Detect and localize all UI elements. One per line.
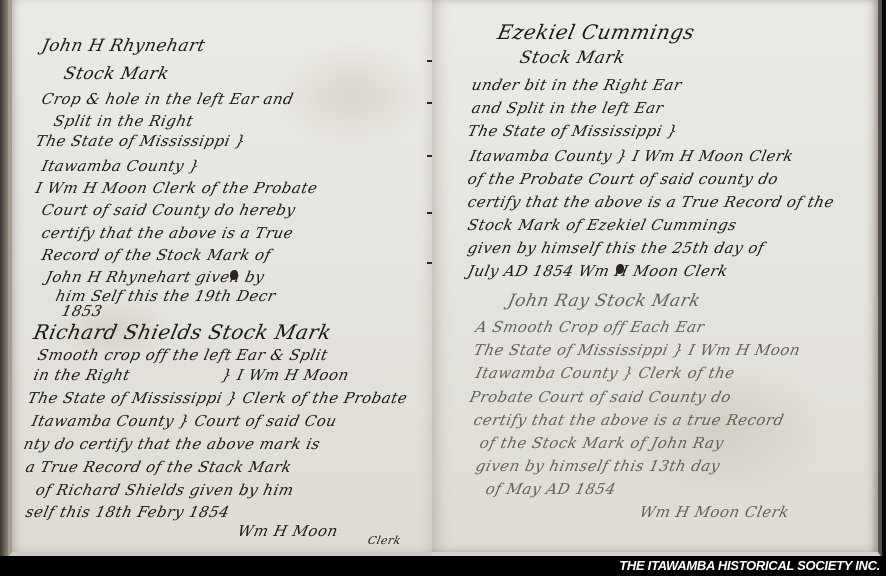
ledger-book: John H Rhynehart Stock Mark Crop & hole … — [0, 0, 886, 556]
entry-line: I Wm H Moon Clerk of the Probate — [34, 179, 319, 197]
entry-line: certify that the above is a True Record … — [466, 193, 836, 211]
entry-line: Itawamba County } I Wm H Moon Clerk — [468, 147, 795, 165]
entry-line: Split in the Right — [52, 112, 195, 130]
entry-line: The State of Mississippi } — [466, 122, 679, 140]
entry-line: Itawamba County } Clerk of the — [474, 364, 737, 382]
source-caption: THE ITAWAMBA HISTORICAL SOCIETY INC. — [619, 558, 880, 573]
entry-line: nty do certify that the above mark is — [22, 435, 322, 453]
entry-line: Smooth crop off the left Ear & Split — [36, 346, 330, 364]
entry-line: given by himself this the 25th day of — [466, 239, 766, 257]
entry-line: certify that the above is a True — [40, 224, 295, 242]
entry-line: under bit in the Right Ear — [470, 76, 684, 94]
entry-line: of May AD 1854 — [484, 480, 618, 498]
entry-year: 1853 — [60, 302, 104, 320]
ink-blot — [616, 264, 624, 274]
entry-line: The State of Mississippi } I Wm H Moon — [472, 341, 802, 359]
entry-line: self this 18th Febry 1854 — [24, 503, 231, 521]
right-page: Ezekiel Cummings Stock Mark under bit in… — [432, 0, 882, 558]
entry-line: a True Record of the Stack Mark — [24, 458, 293, 476]
signature-title: Clerk — [367, 534, 403, 547]
entry-line: Court of said County do hereby — [40, 201, 297, 219]
signature: Wm H Moon — [236, 522, 340, 540]
ink-blot — [230, 270, 238, 280]
entry-heading: Ezekiel Cummings — [495, 20, 697, 44]
entry-line: and Split in the left Ear — [470, 99, 665, 117]
entry-line: Stock Mark of Ezekiel Cummings — [466, 216, 739, 234]
entry-line: of the Stock Mark of John Ray — [478, 434, 725, 452]
entry-line: Record of the Stock Mark of — [40, 246, 273, 264]
entry-heading: John H Rhynehart — [40, 36, 207, 56]
entry-line: July AD 1854 Wm H Moon Clerk — [466, 262, 730, 280]
entry-line: The State of Mississippi } — [34, 132, 247, 150]
entry-line: certify that the above is a true Record — [472, 411, 786, 429]
entry-line: A Smooth Crop off Each Ear — [474, 318, 706, 336]
entry-line: Probate Court of said County do — [468, 388, 733, 406]
entry-line: of Richard Shields given by him — [34, 481, 295, 499]
signature: Wm H Moon Clerk — [638, 503, 791, 521]
entry-line: in the Right — [32, 366, 132, 384]
entry-line: Itawamba County } Court of said Cou — [30, 412, 338, 430]
left-page: John H Rhynehart Stock Mark Crop & hole … — [8, 0, 436, 558]
entry-heading: Richard Shields Stock Mark — [31, 320, 333, 344]
entry-line: The State of Mississippi } Clerk of the … — [26, 389, 409, 407]
entry-subheading: Stock Mark — [62, 64, 171, 84]
entry-line: Crop & hole in the left Ear and — [40, 90, 295, 108]
entry-line: of the Probate Court of said county do — [466, 170, 780, 188]
entry-heading: John Ray Stock Mark — [506, 291, 702, 311]
paper-stain — [272, 40, 432, 150]
entry-subheading: Stock Mark — [518, 48, 627, 68]
book-cover-edge — [0, 0, 8, 556]
entry-line: Itawamba County } — [40, 157, 201, 175]
entry-line: given by himself this 13th day — [474, 457, 722, 475]
entry-line: } I Wm H Moon — [220, 366, 351, 384]
